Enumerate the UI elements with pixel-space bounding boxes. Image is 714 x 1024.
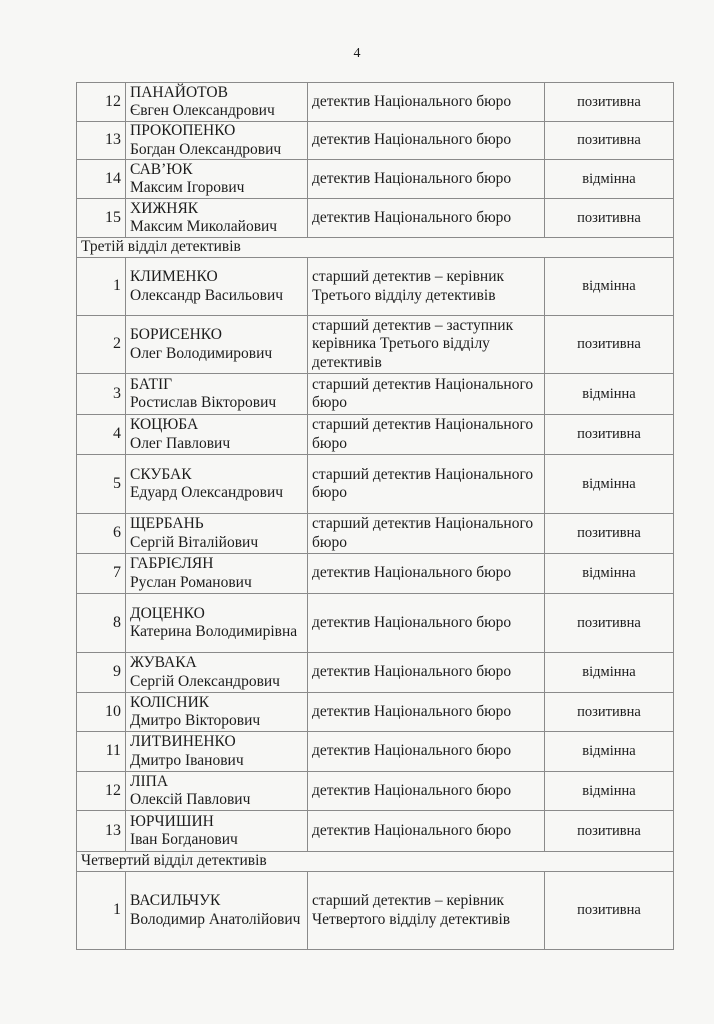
section-header-row: Третій відділ детективів xyxy=(77,238,674,258)
evaluation-cell: відмінна xyxy=(545,554,674,594)
row-number: 13 xyxy=(77,122,126,160)
table-row: 13ПРОКОПЕНКОБогдан Олександровичдетектив… xyxy=(77,122,674,160)
surname: ХИЖНЯК xyxy=(130,200,303,219)
row-number: 1 xyxy=(77,258,126,316)
table-row: 5СКУБАКЕдуард Олександровичстарший детек… xyxy=(77,455,674,514)
position-cell: детектив Національного бюро xyxy=(308,811,545,852)
section-title: Третій відділ детективів xyxy=(77,238,674,258)
surname: ДОЦЕНКО xyxy=(130,605,303,624)
full-name-cell: ЛИТВИНЕНКОДмитро Іванович xyxy=(126,732,308,772)
evaluation-cell: позитивна xyxy=(545,199,674,238)
row-number: 4 xyxy=(77,415,126,455)
table-row: 12ЛІПАОлексій Павловичдетектив Національ… xyxy=(77,772,674,811)
given-names: Богдан Олександрович xyxy=(130,141,303,160)
full-name-cell: ЮРЧИШИНІван Богданович xyxy=(126,811,308,852)
given-names: Іван Богданович xyxy=(130,831,303,850)
full-name-cell: КЛИМЕНКООлександр Васильович xyxy=(126,258,308,316)
given-names: Катерина Володимирівна xyxy=(130,623,303,642)
position-cell: детектив Національного бюро xyxy=(308,732,545,772)
row-number: 12 xyxy=(77,83,126,122)
given-names: Сергій Віталійович xyxy=(130,534,303,553)
row-number: 14 xyxy=(77,160,126,199)
row-number: 2 xyxy=(77,316,126,374)
row-number: 11 xyxy=(77,732,126,772)
full-name-cell: ПАНАЙОТОВЄвген Олександрович xyxy=(126,83,308,122)
evaluation-cell: позитивна xyxy=(545,811,674,852)
position-cell: детектив Національного бюро xyxy=(308,122,545,160)
full-name-cell: БАТІГРостислав Вікторович xyxy=(126,374,308,415)
full-name-cell: ЩЕРБАНЬСергій Віталійович xyxy=(126,514,308,554)
surname: ЛІПА xyxy=(130,773,303,792)
table-row: 8ДОЦЕНКОКатерина Володимирівнадетектив Н… xyxy=(77,594,674,653)
position-cell: старший детектив Національного бюро xyxy=(308,455,545,514)
full-name-cell: КОЦЮБАОлег Павлович xyxy=(126,415,308,455)
full-name-cell: ВАСИЛЬЧУКВолодимир Анатолійович xyxy=(126,872,308,950)
given-names: Ростислав Вікторович xyxy=(130,394,303,413)
surname: ЖУВАКА xyxy=(130,654,303,673)
position-cell: детектив Національного бюро xyxy=(308,594,545,653)
position-cell: детектив Національного бюро xyxy=(308,554,545,594)
full-name-cell: БОРИСЕНКООлег Володимирович xyxy=(126,316,308,374)
position-cell: старший детектив Національного бюро xyxy=(308,374,545,415)
table-row: 10КОЛІСНИКДмитро Вікторовичдетектив Наці… xyxy=(77,693,674,732)
given-names: Максим Миколайович xyxy=(130,218,303,237)
row-number: 8 xyxy=(77,594,126,653)
position-cell: детектив Національного бюро xyxy=(308,160,545,199)
row-number: 10 xyxy=(77,693,126,732)
surname: ЛИТВИНЕНКО xyxy=(130,733,303,752)
given-names: Олег Павлович xyxy=(130,435,303,454)
surname: КОЛІСНИК xyxy=(130,694,303,713)
surname: БОРИСЕНКО xyxy=(130,326,303,345)
evaluation-cell: позитивна xyxy=(545,316,674,374)
given-names: Володимир Анатолійович xyxy=(130,911,303,930)
evaluation-cell: позитивна xyxy=(545,514,674,554)
evaluation-cell: позитивна xyxy=(545,415,674,455)
surname: СКУБАК xyxy=(130,466,303,485)
table-row: 14САВ’ЮКМаксим Ігоровичдетектив Націонал… xyxy=(77,160,674,199)
given-names: Олег Володимирович xyxy=(130,345,303,364)
evaluation-cell: відмінна xyxy=(545,772,674,811)
position-cell: старший детектив Національного бюро xyxy=(308,415,545,455)
table-row: 1ВАСИЛЬЧУКВолодимир Анатолійовичстарший … xyxy=(77,872,674,950)
table-row: 9ЖУВАКАСергій Олександровичдетектив Наці… xyxy=(77,653,674,693)
section-title: Четвертий відділ детективів xyxy=(77,852,674,872)
full-name-cell: СКУБАКЕдуард Олександрович xyxy=(126,455,308,514)
surname: КЛИМЕНКО xyxy=(130,268,303,287)
surname: БАТІГ xyxy=(130,376,303,395)
given-names: Максим Ігорович xyxy=(130,179,303,198)
surname: ПАНАЙОТОВ xyxy=(130,84,303,103)
page-number: 4 xyxy=(0,46,714,62)
given-names: Сергій Олександрович xyxy=(130,673,303,692)
full-name-cell: ЛІПАОлексій Павлович xyxy=(126,772,308,811)
surname: САВ’ЮК xyxy=(130,161,303,180)
table-row: 6ЩЕРБАНЬСергій Віталійовичстарший детект… xyxy=(77,514,674,554)
detectives-table-body: 12ПАНАЙОТОВЄвген Олександровичдетектив Н… xyxy=(77,83,674,950)
evaluation-cell: позитивна xyxy=(545,83,674,122)
evaluation-cell: відмінна xyxy=(545,455,674,514)
given-names: Євген Олександрович xyxy=(130,102,303,121)
section-header-row: Четвертий відділ детективів xyxy=(77,852,674,872)
surname: ЮРЧИШИН xyxy=(130,813,303,832)
row-number: 7 xyxy=(77,554,126,594)
position-cell: старший детектив Національного бюро xyxy=(308,514,545,554)
table-row: 11ЛИТВИНЕНКОДмитро Івановичдетектив Наці… xyxy=(77,732,674,772)
given-names: Едуард Олександрович xyxy=(130,484,303,503)
surname: ПРОКОПЕНКО xyxy=(130,122,303,141)
position-cell: детектив Національного бюро xyxy=(308,653,545,693)
position-cell: старший детектив – керівник Четвертого в… xyxy=(308,872,545,950)
evaluation-cell: позитивна xyxy=(545,594,674,653)
table-row: 7ГАБРІЄЛЯНРуслан Романовичдетектив Націо… xyxy=(77,554,674,594)
evaluation-cell: відмінна xyxy=(545,732,674,772)
position-cell: старший детектив – керівник Третього від… xyxy=(308,258,545,316)
evaluation-cell: відмінна xyxy=(545,258,674,316)
surname: ЩЕРБАНЬ xyxy=(130,515,303,534)
full-name-cell: ЖУВАКАСергій Олександрович xyxy=(126,653,308,693)
position-cell: детектив Національного бюро xyxy=(308,199,545,238)
given-names: Олександр Васильович xyxy=(130,287,303,306)
table-row: 1КЛИМЕНКООлександр Васильовичстарший дет… xyxy=(77,258,674,316)
surname: ВАСИЛЬЧУК xyxy=(130,892,303,911)
row-number: 5 xyxy=(77,455,126,514)
full-name-cell: ПРОКОПЕНКОБогдан Олександрович xyxy=(126,122,308,160)
row-number: 15 xyxy=(77,199,126,238)
surname: КОЦЮБА xyxy=(130,416,303,435)
evaluation-cell: позитивна xyxy=(545,872,674,950)
surname: ГАБРІЄЛЯН xyxy=(130,555,303,574)
evaluation-cell: відмінна xyxy=(545,374,674,415)
evaluation-cell: позитивна xyxy=(545,122,674,160)
full-name-cell: ХИЖНЯКМаксим Миколайович xyxy=(126,199,308,238)
evaluation-cell: відмінна xyxy=(545,653,674,693)
table-row: 3БАТІГРостислав Вікторовичстарший детект… xyxy=(77,374,674,415)
table-row: 13ЮРЧИШИНІван Богдановичдетектив Націона… xyxy=(77,811,674,852)
position-cell: детектив Національного бюро xyxy=(308,693,545,732)
row-number: 13 xyxy=(77,811,126,852)
given-names: Дмитро Вікторович xyxy=(130,712,303,731)
position-cell: детектив Національного бюро xyxy=(308,83,545,122)
evaluation-cell: відмінна xyxy=(545,160,674,199)
given-names: Олексій Павлович xyxy=(130,791,303,810)
table-row: 12ПАНАЙОТОВЄвген Олександровичдетектив Н… xyxy=(77,83,674,122)
table-row: 15ХИЖНЯКМаксим Миколайовичдетектив Націо… xyxy=(77,199,674,238)
row-number: 6 xyxy=(77,514,126,554)
position-cell: детектив Національного бюро xyxy=(308,772,545,811)
row-number: 3 xyxy=(77,374,126,415)
row-number: 12 xyxy=(77,772,126,811)
row-number: 1 xyxy=(77,872,126,950)
full-name-cell: ДОЦЕНКОКатерина Володимирівна xyxy=(126,594,308,653)
full-name-cell: САВ’ЮКМаксим Ігорович xyxy=(126,160,308,199)
given-names: Руслан Романович xyxy=(130,574,303,593)
full-name-cell: КОЛІСНИКДмитро Вікторович xyxy=(126,693,308,732)
position-cell: старший детектив – заступник керівника Т… xyxy=(308,316,545,374)
table-row: 2БОРИСЕНКООлег Володимировичстарший дете… xyxy=(77,316,674,374)
detectives-table: 12ПАНАЙОТОВЄвген Олександровичдетектив Н… xyxy=(76,82,674,950)
full-name-cell: ГАБРІЄЛЯНРуслан Романович xyxy=(126,554,308,594)
given-names: Дмитро Іванович xyxy=(130,752,303,771)
evaluation-cell: позитивна xyxy=(545,693,674,732)
table-row: 4КОЦЮБАОлег Павловичстарший детектив Нац… xyxy=(77,415,674,455)
row-number: 9 xyxy=(77,653,126,693)
